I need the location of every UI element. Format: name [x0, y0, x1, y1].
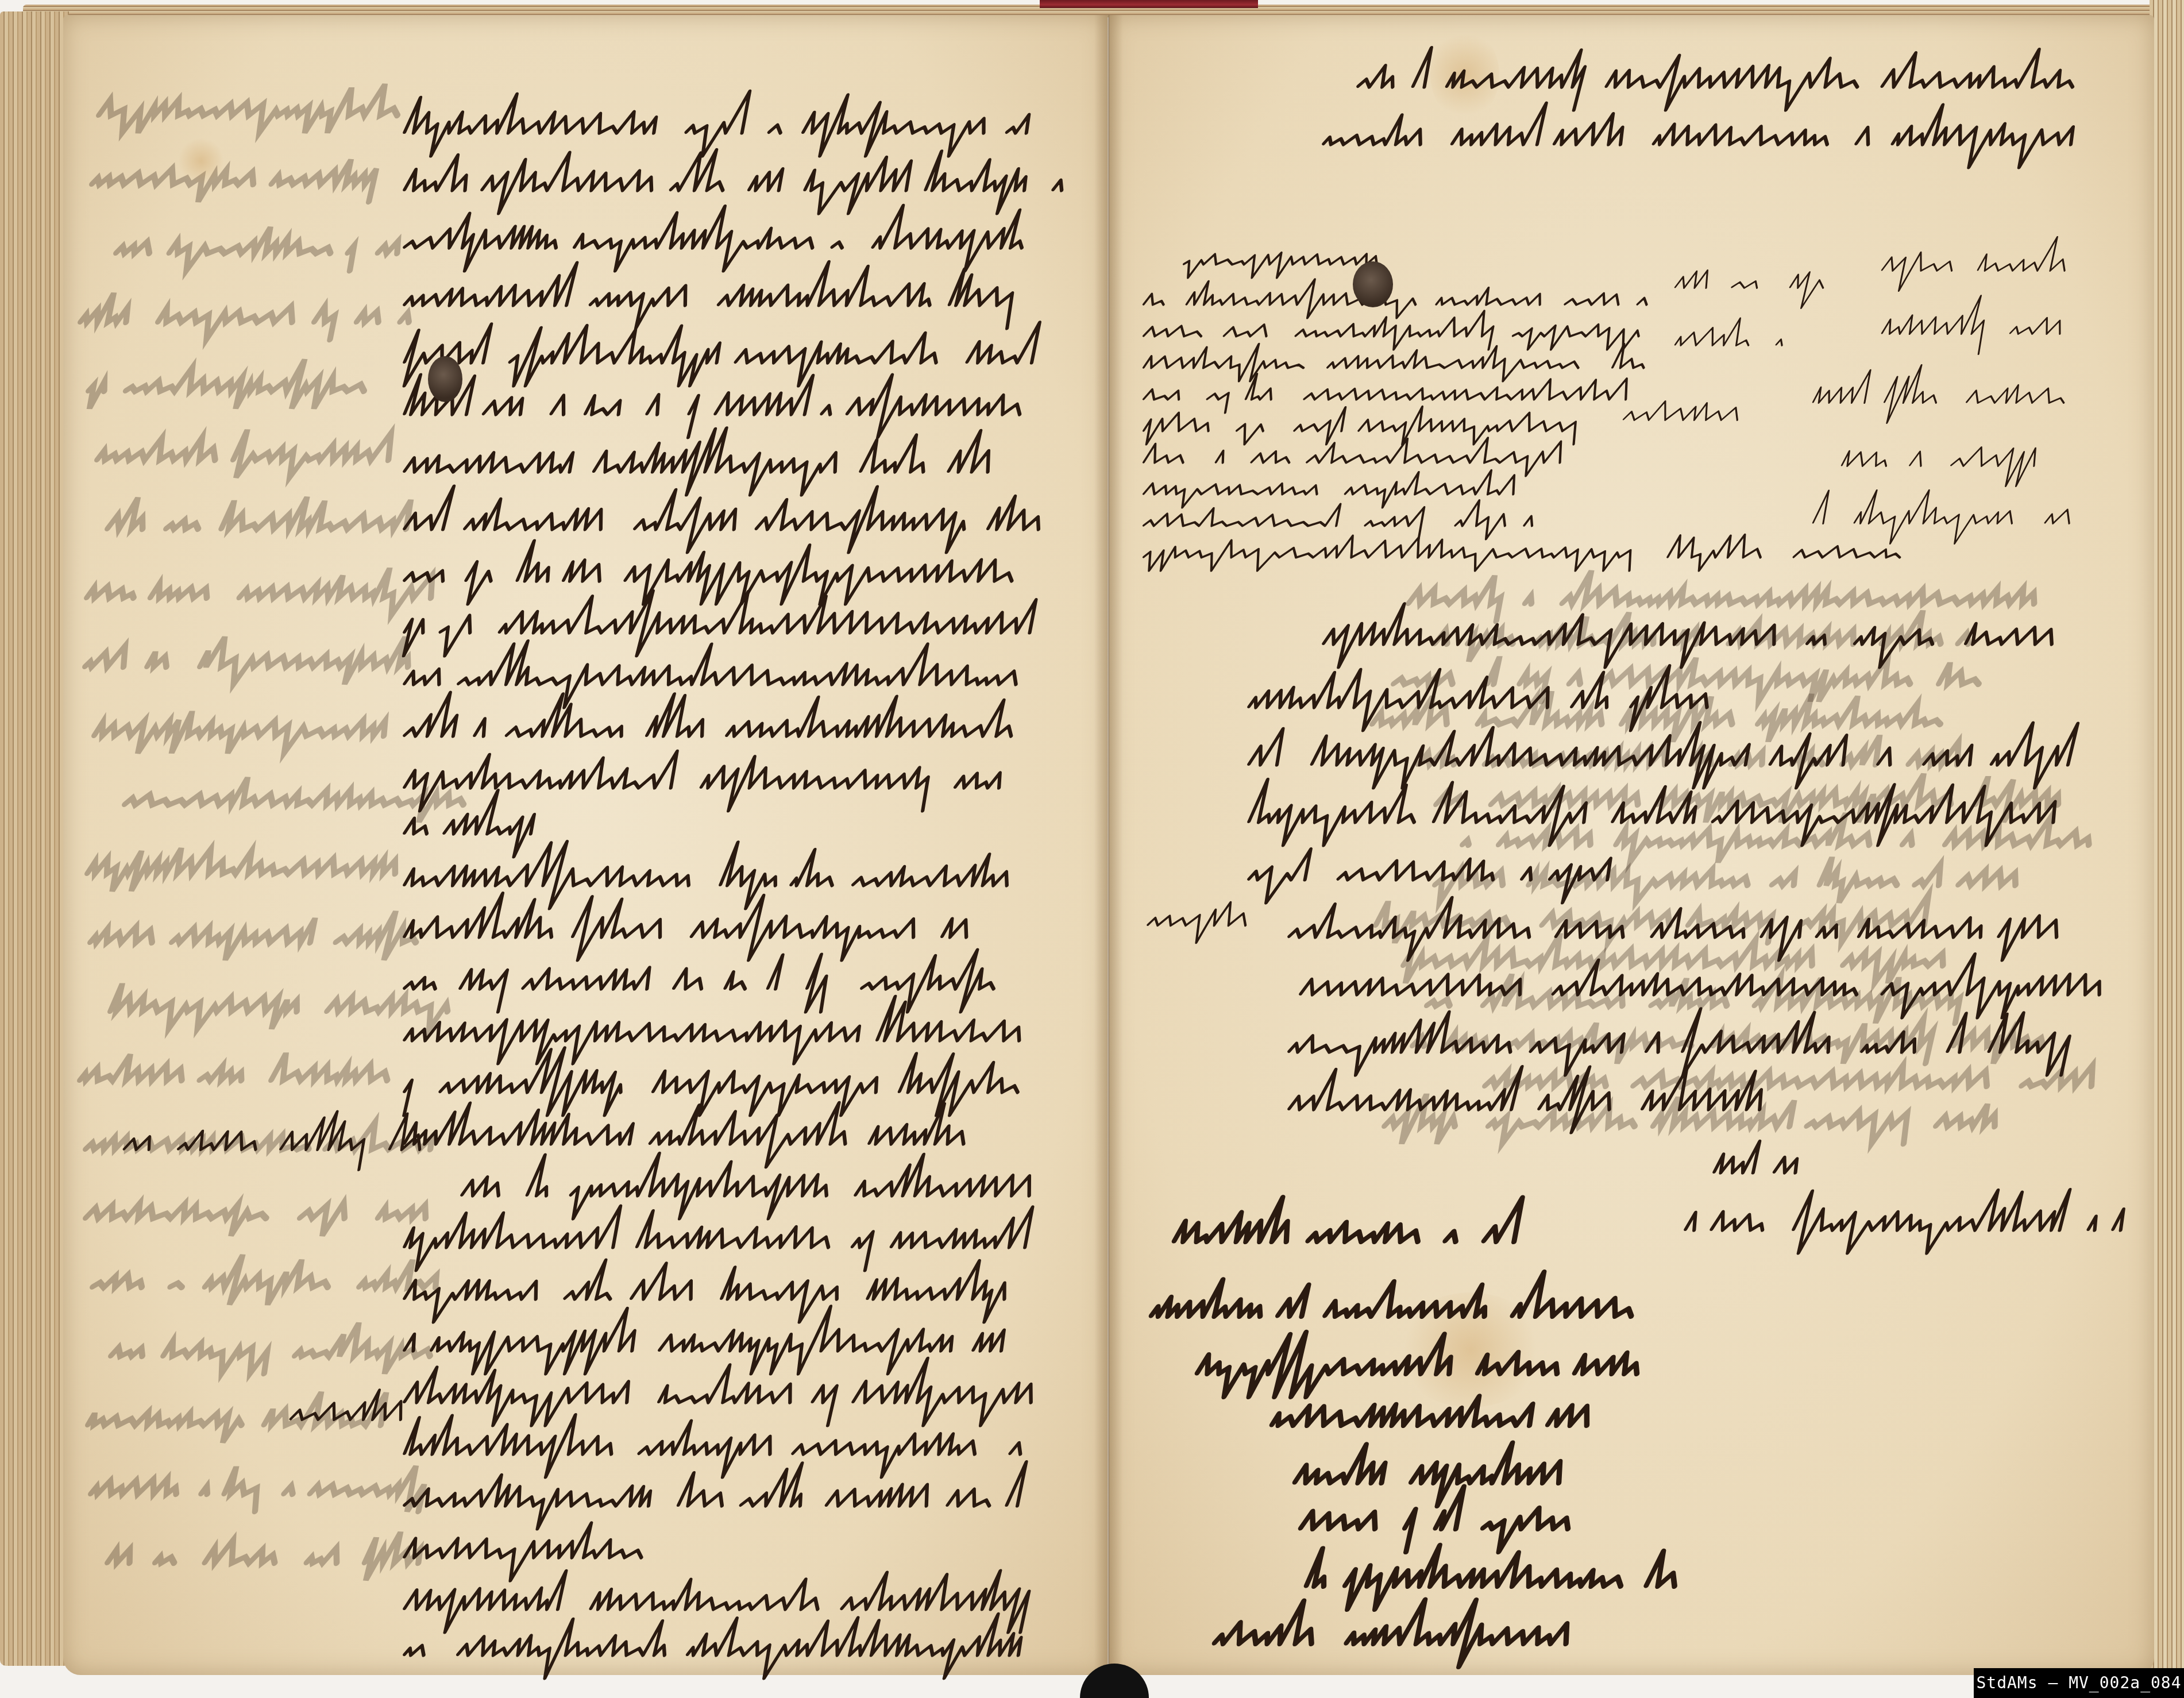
handwritten-line: [1298, 1081, 1769, 1127]
handwritten-line: [414, 553, 1017, 599]
handwritten-line: [414, 759, 1011, 805]
handwritten-line: [1298, 909, 2068, 955]
book-gutter: [1094, 15, 1123, 1675]
signature: [1821, 378, 2079, 418]
bleed-through-line: [94, 852, 406, 887]
attendance-list-entry: [1281, 1397, 1597, 1443]
attendance-list-entry: [1160, 1288, 1631, 1334]
handwritten-line: [414, 708, 1022, 754]
signature: [1890, 246, 2085, 286]
handwritten-line: [471, 1167, 1034, 1213]
bleed-through-line: [123, 232, 406, 267]
handwritten-line: [414, 162, 1063, 208]
handwritten-line: [1367, 59, 2074, 105]
bleed-through-line: [106, 94, 404, 129]
bleed-through-line: [97, 921, 422, 956]
handwritten-line: [1310, 966, 2102, 1012]
spine-binding: [1040, 0, 1258, 8]
handwritten-line: [414, 105, 1063, 150]
handwritten-line: [414, 1581, 1034, 1627]
inserted-text-line: [1149, 541, 1896, 568]
handwritten-line: [414, 604, 1034, 650]
attendance-list-entry: [1183, 1213, 1528, 1259]
bleed-through-line: [87, 301, 408, 335]
bleed-through-line: [95, 370, 382, 404]
attendance-list-entry: [1224, 1615, 1603, 1661]
handwritten-line: [1258, 794, 2074, 840]
page-stack-left: [0, 11, 69, 1666]
attendance-list-entry: [1315, 1558, 1683, 1604]
bleed-through-line: [99, 163, 381, 198]
paper-stain: [178, 138, 224, 184]
bleed-through-line: [118, 1335, 427, 1369]
handwritten-line: [414, 805, 563, 851]
handwritten-line: [414, 1219, 1034, 1265]
handwritten-line: [1298, 1024, 2074, 1070]
signature: [1683, 263, 1832, 303]
handwritten-line: [1333, 616, 2062, 662]
handwritten-line: [414, 386, 1034, 432]
archive-reference-label: StdAMs – MV_002a_084: [1974, 1668, 2184, 1698]
handwritten-line: [414, 656, 1017, 702]
handwritten-line: [414, 1477, 1022, 1523]
bleed-through-line: [99, 1266, 441, 1300]
inserted-text-line: [1149, 383, 1620, 410]
handwritten-line: [1723, 1144, 1804, 1190]
signature: [1890, 309, 2062, 349]
margin-note: [132, 1125, 431, 1165]
attendance-list-entry: [1206, 1345, 1643, 1391]
handwritten-line: [414, 219, 1034, 265]
handwritten-line: [414, 1374, 1040, 1420]
inserted-text-line: [1149, 478, 1517, 504]
inserted-text-line: [1149, 415, 1574, 441]
bleed-through-line: [114, 1542, 426, 1576]
bleed-through-line: [92, 646, 420, 680]
inserted-text-line: [1149, 446, 1562, 473]
handwritten-line: [414, 501, 1040, 547]
signature: [1821, 499, 2074, 539]
inserted-text-line: [1149, 510, 1539, 536]
margin-note: [1155, 904, 1247, 939]
signature: [1631, 395, 1741, 435]
inserted-text-line: [1149, 352, 1643, 378]
handwritten-line: [414, 909, 994, 955]
handwritten-line: [414, 1064, 1022, 1110]
bleed-through-line: [101, 715, 391, 749]
ink-blot: [1353, 261, 1393, 307]
handwritten-line: [1333, 116, 2074, 162]
bleed-through-line: [1415, 582, 2033, 617]
inserted-text-line: [1189, 248, 1379, 275]
handwritten-line: [414, 277, 1022, 323]
attendance-list-entry: [1304, 1454, 1580, 1500]
page-stack-right: [2150, 0, 2184, 1698]
handwritten-line: [414, 1627, 1022, 1673]
handwritten-line: [414, 1426, 1022, 1472]
ink-blot: [428, 356, 462, 402]
bleed-through-line: [114, 508, 405, 542]
open-manuscript-book: StdAMs – MV_002a_084: [0, 0, 2184, 1698]
handwritten-line: [414, 334, 1034, 380]
handwritten-line: [414, 1271, 1005, 1317]
inserted-text-line: [1149, 320, 1643, 346]
margin-note: [299, 1395, 402, 1435]
handwritten-line: [414, 443, 1000, 489]
handwritten-line: [414, 1322, 1011, 1368]
handwritten-line: [1258, 736, 2074, 782]
handwritten-line: [1695, 1202, 2131, 1248]
bleed-through-line: [92, 1197, 427, 1232]
handwritten-line: [414, 1529, 643, 1575]
handwritten-line: [414, 1012, 1022, 1058]
bleed-through-line: [117, 990, 447, 1025]
handwritten-line: [414, 857, 1017, 903]
handwritten-line: [1258, 679, 1718, 725]
signature: [1683, 321, 1798, 361]
bleed-through-line: [98, 1473, 429, 1507]
signature: [1850, 441, 2033, 481]
attendance-list-entry: [1310, 1500, 1568, 1546]
handwritten-line: [1258, 851, 1614, 897]
bleed-through-line: [94, 577, 432, 611]
inserted-text-line: [1149, 288, 1643, 315]
bleed-through-line: [87, 1059, 389, 1094]
handwritten-line: [414, 960, 994, 1006]
handwritten-line: [414, 1116, 994, 1161]
bleed-through-line: [104, 439, 392, 473]
